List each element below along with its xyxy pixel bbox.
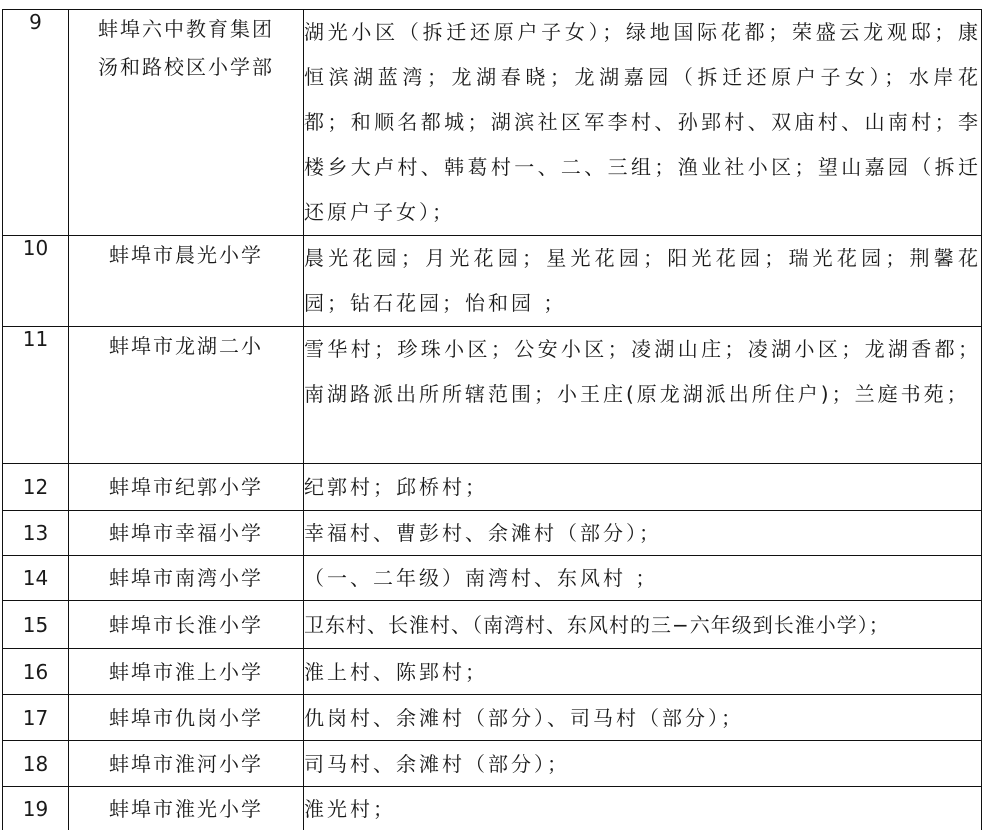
school-name-cell: 蚌埠市淮河小学 xyxy=(69,741,304,787)
school-name-line: 蚌埠市淮河小学 xyxy=(69,745,303,783)
catchment-area: （一、二年级）南湾村、东风村 ； xyxy=(304,556,982,601)
school-name-cell: 蚌埠市龙湖二小 xyxy=(69,327,304,464)
school-name-cell: 蚌埠市南湾小学 xyxy=(69,556,304,601)
row-number: 9 xyxy=(3,10,69,236)
row-number: 16 xyxy=(3,649,69,695)
school-name-line: 蚌埠市幸福小学 xyxy=(69,514,303,552)
table-row: 16 蚌埠市淮上小学 淮上村、陈郢村； xyxy=(3,649,982,695)
table-row: 14 蚌埠市南湾小学 （一、二年级）南湾村、东风村 ； xyxy=(3,556,982,601)
school-name-cell: 蚌埠市幸福小学 xyxy=(69,511,304,556)
table-row: 19 蚌埠市淮光小学 淮光村； xyxy=(3,787,982,830)
row-number: 15 xyxy=(3,601,69,649)
school-district-table: 9 蚌埠六中教育集团 汤和路校区小学部 湖光小区（拆迁还原户子女）；绿地国际花都… xyxy=(2,9,982,830)
table-row: 17 蚌埠市仇岗小学 仇岗村、余滩村（部分）、司马村（部分）； xyxy=(3,695,982,741)
school-name-line: 蚌埠市南湾小学 xyxy=(69,559,303,597)
catchment-area: 雪华村；珍珠小区；公安小区；凌湖山庄；凌湖小区；龙湖香都；南湖路派出所所辖范围；… xyxy=(304,327,982,464)
row-number: 17 xyxy=(3,695,69,741)
school-name-cell: 蚌埠市纪郭小学 xyxy=(69,464,304,511)
school-name-line: 蚌埠市仇岗小学 xyxy=(69,699,303,737)
school-name-line: 蚌埠六中教育集团 xyxy=(69,10,303,48)
table-row: 13 蚌埠市幸福小学 幸福村、曹彭村、余滩村（部分）； xyxy=(3,511,982,556)
row-number: 14 xyxy=(3,556,69,601)
table-row: 12 蚌埠市纪郭小学 纪郭村；邱桥村； xyxy=(3,464,982,511)
school-name-cell: 蚌埠六中教育集团 汤和路校区小学部 xyxy=(69,10,304,236)
catchment-area: 淮光村； xyxy=(304,787,982,830)
school-name-line: 汤和路校区小学部 xyxy=(69,48,303,86)
school-name-line: 蚌埠市淮光小学 xyxy=(69,790,303,828)
catchment-area: 淮上村、陈郢村； xyxy=(304,649,982,695)
catchment-area: 幸福村、曹彭村、余滩村（部分）； xyxy=(304,511,982,556)
catchment-area: 卫东村、长淮村、（南湾村、东风村的三−六年级到长淮小学）； xyxy=(304,601,982,649)
school-name-line: 蚌埠市龙湖二小 xyxy=(69,327,303,365)
catchment-area: 司马村、余滩村（部分）； xyxy=(304,741,982,787)
row-number: 11 xyxy=(3,327,69,464)
table-row: 9 蚌埠六中教育集团 汤和路校区小学部 湖光小区（拆迁还原户子女）；绿地国际花都… xyxy=(3,10,982,236)
row-number: 19 xyxy=(3,787,69,830)
school-name-cell: 蚌埠市淮上小学 xyxy=(69,649,304,695)
school-name-cell: 蚌埠市淮光小学 xyxy=(69,787,304,830)
school-name-line: 蚌埠市纪郭小学 xyxy=(69,468,303,506)
row-number: 12 xyxy=(3,464,69,511)
catchment-area: 纪郭村；邱桥村； xyxy=(304,464,982,511)
table-row: 11 蚌埠市龙湖二小 雪华村；珍珠小区；公安小区；凌湖山庄；凌湖小区；龙湖香都；… xyxy=(3,327,982,464)
row-number: 18 xyxy=(3,741,69,787)
catchment-area: 仇岗村、余滩村（部分）、司马村（部分）； xyxy=(304,695,982,741)
school-name-cell: 蚌埠市长淮小学 xyxy=(69,601,304,649)
row-number: 10 xyxy=(3,236,69,327)
school-name-cell: 蚌埠市晨光小学 xyxy=(69,236,304,327)
table-row: 18 蚌埠市淮河小学 司马村、余滩村（部分）； xyxy=(3,741,982,787)
school-name-line: 蚌埠市长淮小学 xyxy=(69,606,303,644)
school-name-line: 蚌埠市淮上小学 xyxy=(69,653,303,691)
catchment-area: 晨光花园；月光花园；星光花园；阳光花园；瑞光花园；荆馨花园；钻石花园；怡和园 ； xyxy=(304,236,982,327)
table-row: 10 蚌埠市晨光小学 晨光花园；月光花园；星光花园；阳光花园；瑞光花园；荆馨花园… xyxy=(3,236,982,327)
catchment-area: 湖光小区（拆迁还原户子女）；绿地国际花都；荣盛云龙观邸；康恒滨湖蓝湾；龙湖春晓；… xyxy=(304,10,982,236)
school-name-cell: 蚌埠市仇岗小学 xyxy=(69,695,304,741)
row-number: 13 xyxy=(3,511,69,556)
table-row: 15 蚌埠市长淮小学 卫东村、长淮村、（南湾村、东风村的三−六年级到长淮小学）； xyxy=(3,601,982,649)
school-name-line: 蚌埠市晨光小学 xyxy=(69,236,303,274)
